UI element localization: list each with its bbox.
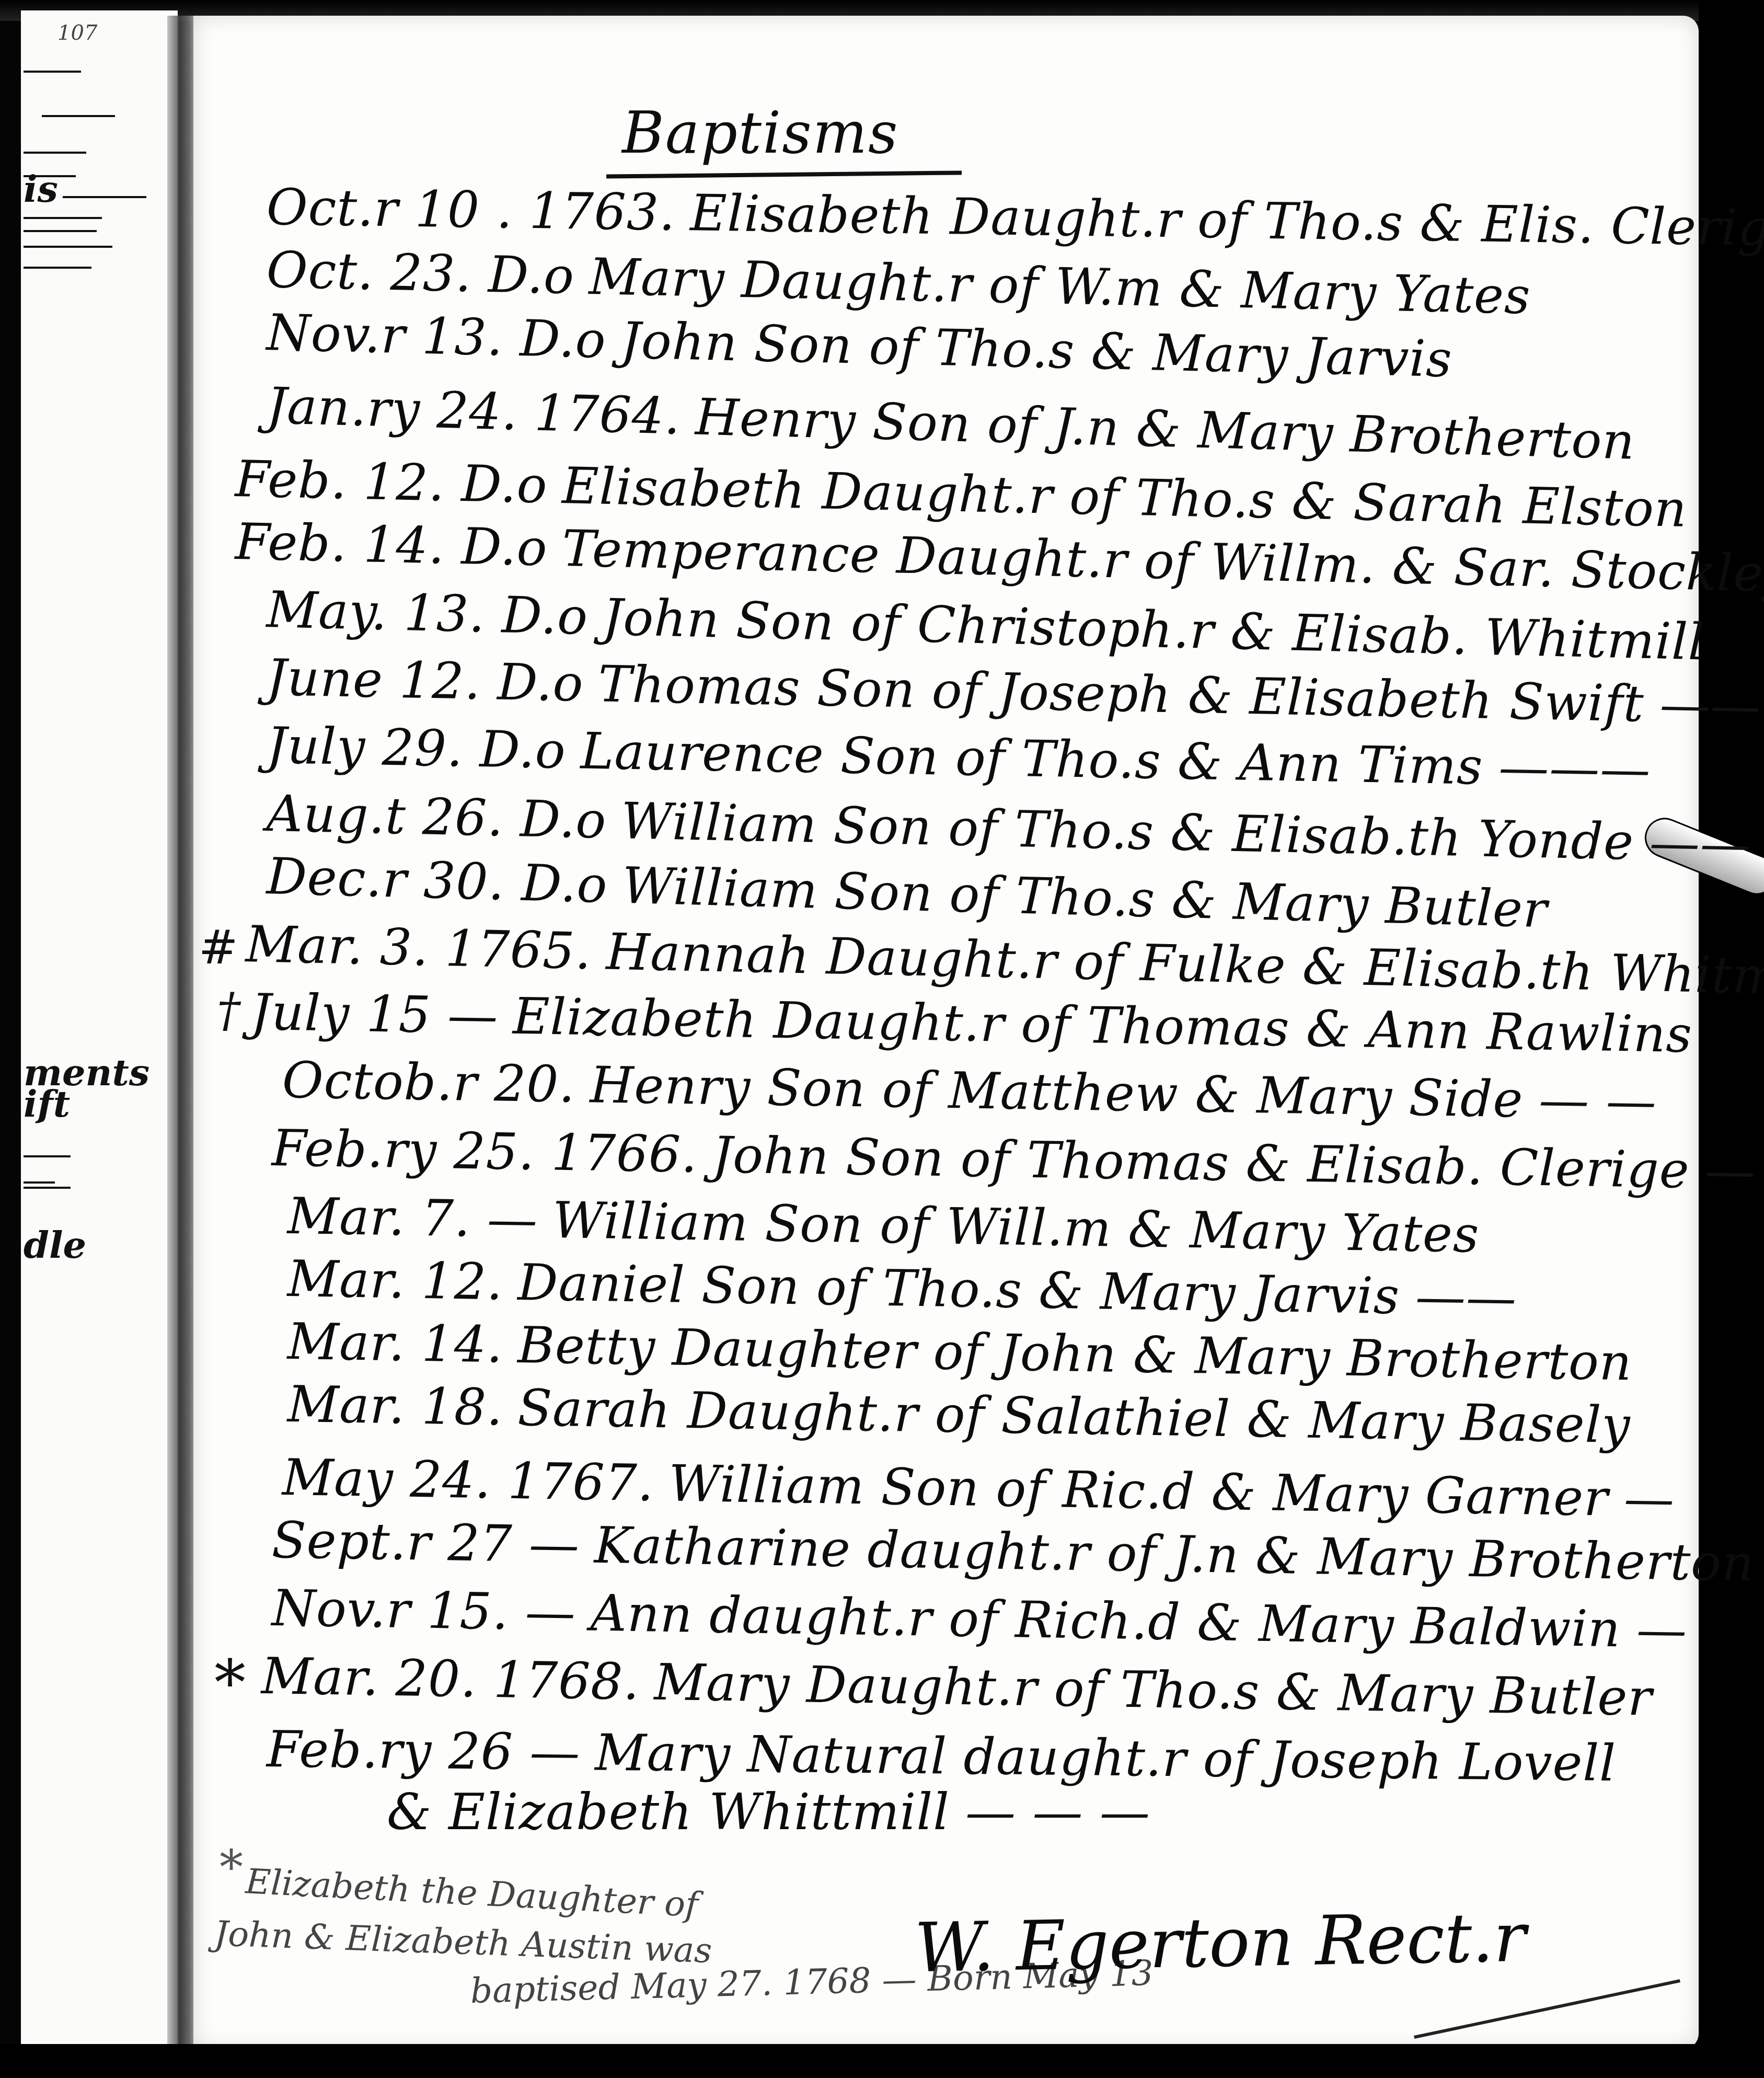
entry-date: Feb.ry 26 — bbox=[266, 1720, 581, 1782]
entry-date: Octob.r 20. bbox=[282, 1051, 576, 1114]
left-rule bbox=[24, 246, 112, 248]
entry-date: Nov.r 15. — bbox=[271, 1579, 576, 1642]
left-rule bbox=[63, 196, 146, 198]
line-filler: —— bbox=[1659, 675, 1761, 736]
entry-date: May 24. 1767. bbox=[282, 1448, 654, 1512]
left-rule bbox=[24, 1187, 71, 1189]
left-rule bbox=[24, 267, 91, 269]
asterisk-mark: * bbox=[214, 1647, 246, 1719]
left-rule bbox=[42, 115, 115, 117]
line-filler: — — bbox=[1538, 1071, 1657, 1131]
rector-signature: W. Egerton Rect.r bbox=[914, 1898, 1527, 1988]
line-filler: —— bbox=[1649, 813, 1751, 874]
entry-date: Mar. 18. bbox=[287, 1375, 503, 1437]
baptism-entry-continuation: & Elizabeth Whittmill— — — bbox=[387, 1783, 1150, 1841]
margin-mark: # bbox=[199, 920, 238, 975]
scan-right-edge bbox=[1699, 0, 1764, 2078]
left-rule bbox=[24, 1155, 71, 1157]
line-filler: — — — bbox=[965, 1783, 1150, 1841]
margin-mark: † bbox=[217, 983, 240, 1038]
entry-date: June 12. D.o bbox=[266, 648, 584, 713]
left-fragment: is bbox=[24, 167, 58, 211]
entry-date: Jan.ry 24. 1764. bbox=[266, 376, 682, 446]
line-filler: ——— bbox=[1498, 738, 1651, 799]
left-fragment: ift bbox=[24, 1082, 70, 1126]
entry-date: July 29. D.o bbox=[266, 716, 567, 780]
left-rule bbox=[24, 1181, 55, 1184]
page-title: Baptisms bbox=[622, 99, 898, 166]
line-filler: — bbox=[1636, 1600, 1688, 1660]
entry-date: Oct. 23. D.o bbox=[266, 240, 575, 305]
left-rule bbox=[24, 152, 86, 154]
scan-bottom-edge bbox=[0, 2044, 1764, 2078]
entry-date: Mar. 12. bbox=[287, 1249, 503, 1311]
entry-date: Dec.r 30. D.o bbox=[266, 847, 608, 914]
entry-date: Mar. 7. — bbox=[287, 1187, 538, 1249]
entry-date: Mar. 14. bbox=[287, 1312, 503, 1374]
entry-date: Mar. 3. 1765. bbox=[245, 915, 592, 981]
entry-text: & Elizabeth Whittmill bbox=[387, 1783, 950, 1841]
entry-date: Sept.r 27 — bbox=[271, 1511, 580, 1574]
left-rule bbox=[24, 230, 97, 232]
entry-date: Mar. 20. 1768. bbox=[261, 1647, 640, 1711]
entry-date: Nov.r 13. D.o bbox=[266, 303, 607, 370]
entry-date: July 15 — bbox=[250, 983, 499, 1045]
left-rule bbox=[24, 71, 81, 73]
entry-date: Feb.ry 25. 1766. bbox=[271, 1119, 698, 1184]
line-filler: — bbox=[1623, 1469, 1675, 1529]
left-page-fragment: 107 is ments ift dle bbox=[21, 10, 178, 2060]
left-page-number: 107 bbox=[57, 21, 97, 45]
entry-date: Feb. 14. D.o bbox=[235, 512, 548, 577]
left-fragment: dle bbox=[24, 1223, 86, 1267]
footnote-asterisk: * bbox=[220, 1840, 243, 1895]
line-filler: — bbox=[1705, 1141, 1757, 1201]
left-rule bbox=[24, 217, 102, 219]
entry-date: Feb. 12. D.o bbox=[235, 450, 548, 514]
entry-date: Aug.t 26. D.o bbox=[266, 784, 607, 850]
entry-date: May. 13. D.o bbox=[266, 580, 589, 646]
line-filler: —— bbox=[1415, 1267, 1517, 1327]
entry-date: Oct.r 10 . 1763. bbox=[266, 178, 676, 242]
